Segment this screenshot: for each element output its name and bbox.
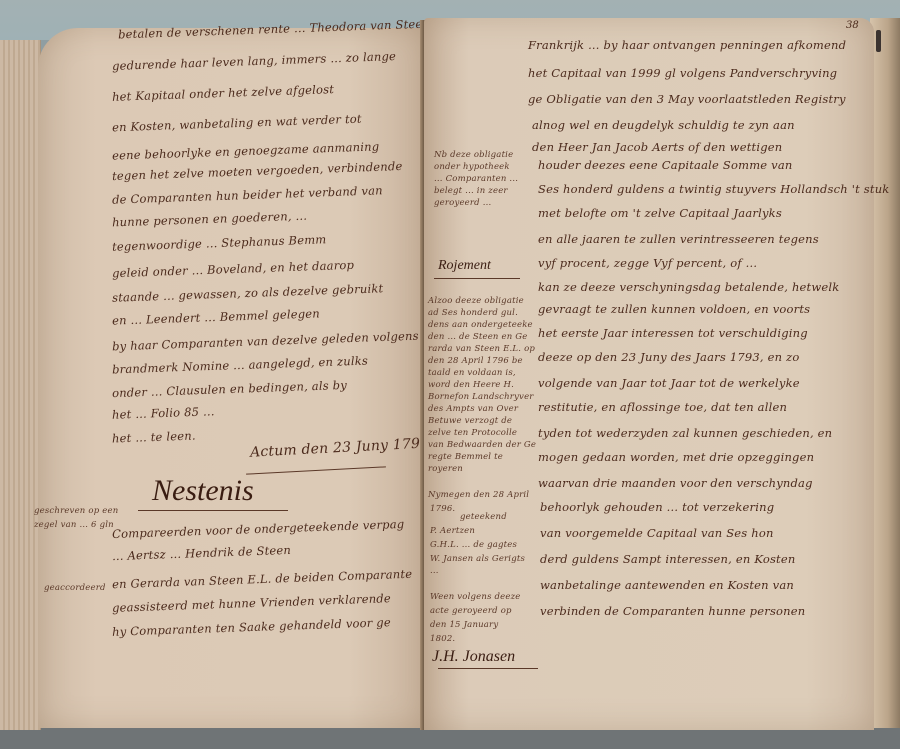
manuscript-line: mogen gedaan worden, met drie opzegginge… (538, 450, 814, 464)
section-heading: Nestenis (152, 474, 254, 508)
margin-note: W. Jansen als Gerigts (430, 554, 525, 564)
margin-note: Bornefon Landschryver (428, 392, 534, 402)
margin-note: geaccordeerd (44, 583, 106, 593)
margin-note: acte geroyeerd op (430, 606, 512, 616)
margin-note: geteekend (460, 512, 507, 522)
manuscript-line: deeze op den 23 Juny des Jaars 1793, en … (538, 350, 799, 364)
manuscript-line: den Heer Jan Jacob Aerts of den wettigen (532, 140, 782, 154)
manuscript-line: ge Obligatie van den 3 May voorlaatstled… (528, 92, 846, 106)
margin-note: ... (430, 566, 439, 576)
manuscript-line: derd guldens Sampt interessen, en Kosten (540, 552, 796, 566)
manuscript-line: alnog wel en deugdelyk schuldig te zyn a… (532, 118, 795, 132)
margin-note: P. Aertzen (430, 526, 475, 536)
manuscript-line: houder deezes eene Capitaale Somme van (538, 158, 793, 172)
section-heading-underline (138, 510, 288, 511)
page-number: 38 (846, 20, 859, 31)
manuscript-line: met belofte om 't zelve Capitaal Jaarlyk… (538, 206, 782, 220)
margin-note: geroyeerd ... (434, 198, 491, 208)
margin-note: ad Ses honderd gul. (428, 308, 518, 318)
manuscript-line: gevraagt te zullen kunnen voldoen, en vo… (538, 302, 810, 316)
margin-note: Alzoo deeze obligatie (428, 296, 524, 306)
manuscript-line: van voorgemelde Capitaal van Ses hon (540, 526, 774, 540)
margin-note: zelve ten Protocolle (428, 428, 517, 438)
margin-note: Ween volgens deeze (430, 592, 521, 602)
margin-note: den 15 January (430, 620, 498, 630)
margin-note: geschreven op een (34, 506, 118, 516)
manuscript-line: wanbetalinge aantewenden en Kosten van (540, 578, 794, 592)
margin-note: den 28 April 1796 be (428, 356, 523, 366)
margin-heading-underline (434, 278, 520, 279)
manuscript-line: verbinden de Comparanten hunne personen (540, 604, 805, 618)
margin-note: Nb deze obligatie (434, 150, 513, 160)
manuscript-line: het ... te leen. (112, 429, 196, 446)
bookmark-ribbon (876, 30, 881, 52)
manuscript-line: behoorlyk gehouden ... tot verzekering (540, 500, 774, 514)
margin-note: taald en voldaan is, (428, 368, 516, 378)
margin-note: 1796. (430, 504, 455, 514)
margin-heading: Rojement (438, 258, 491, 274)
margin-note: dens aan ondergeteeke (428, 320, 533, 330)
manuscript-line: het eerste Jaar interessen tot verschuld… (538, 326, 808, 340)
margin-note: den ... de Steen en Ge (428, 332, 528, 342)
margin-note: Nymegen den 28 April (428, 490, 529, 500)
book-page-stack-right (870, 18, 900, 728)
manuscript-line: Frankrijk ... by haar ontvangen penninge… (528, 38, 846, 52)
manuscript-line: het Capitaal van 1999 gl volgens Pandver… (528, 66, 837, 80)
margin-note: 1802. (430, 634, 455, 644)
margin-note: G.H.L. ... de gagtes (430, 540, 517, 550)
margin-note: ... Comparanten ... (434, 174, 518, 184)
margin-note: royeren (428, 464, 463, 474)
manuscript-line: restitutie, en aflossinge toe, dat ten a… (538, 400, 787, 414)
margin-note: belegt ... in zeer (434, 186, 508, 196)
margin-note: zegel van ... 6 gln (34, 520, 114, 530)
signature-flourish (438, 668, 538, 669)
margin-note: word den Heere H. (428, 380, 514, 390)
margin-note: onder hypotheek (434, 162, 510, 172)
manuscript-line: Ses honderd guldens a twintig stuyvers H… (538, 182, 889, 196)
manuscript-line: kan ze deeze verschyningsdag betalende, … (538, 280, 839, 294)
manuscript-line: en alle jaaren te zullen verintresseeren… (538, 232, 819, 246)
book-page-stack-left (0, 40, 41, 730)
manuscript-line: volgende van Jaar tot Jaar tot de werkel… (538, 376, 800, 390)
margin-note: regte Bemmel te (428, 452, 503, 462)
margin-note: van Bedwaarden der Ge (428, 440, 536, 450)
margin-note: des Ampts van Over (428, 404, 518, 414)
margin-note: rarda van Steen E.L. op (428, 344, 535, 354)
margin-note: Betuwe verzogt de (428, 416, 512, 426)
manuscript-line: vyf procent, zegge Vyf percent, of ... (538, 256, 757, 270)
manuscript-line: tyden tot wederzyden zal kunnen geschied… (538, 426, 832, 440)
signature: J.H. Jonasen (432, 648, 515, 666)
manuscript-line: waarvan drie maanden voor den verschynda… (538, 476, 813, 490)
